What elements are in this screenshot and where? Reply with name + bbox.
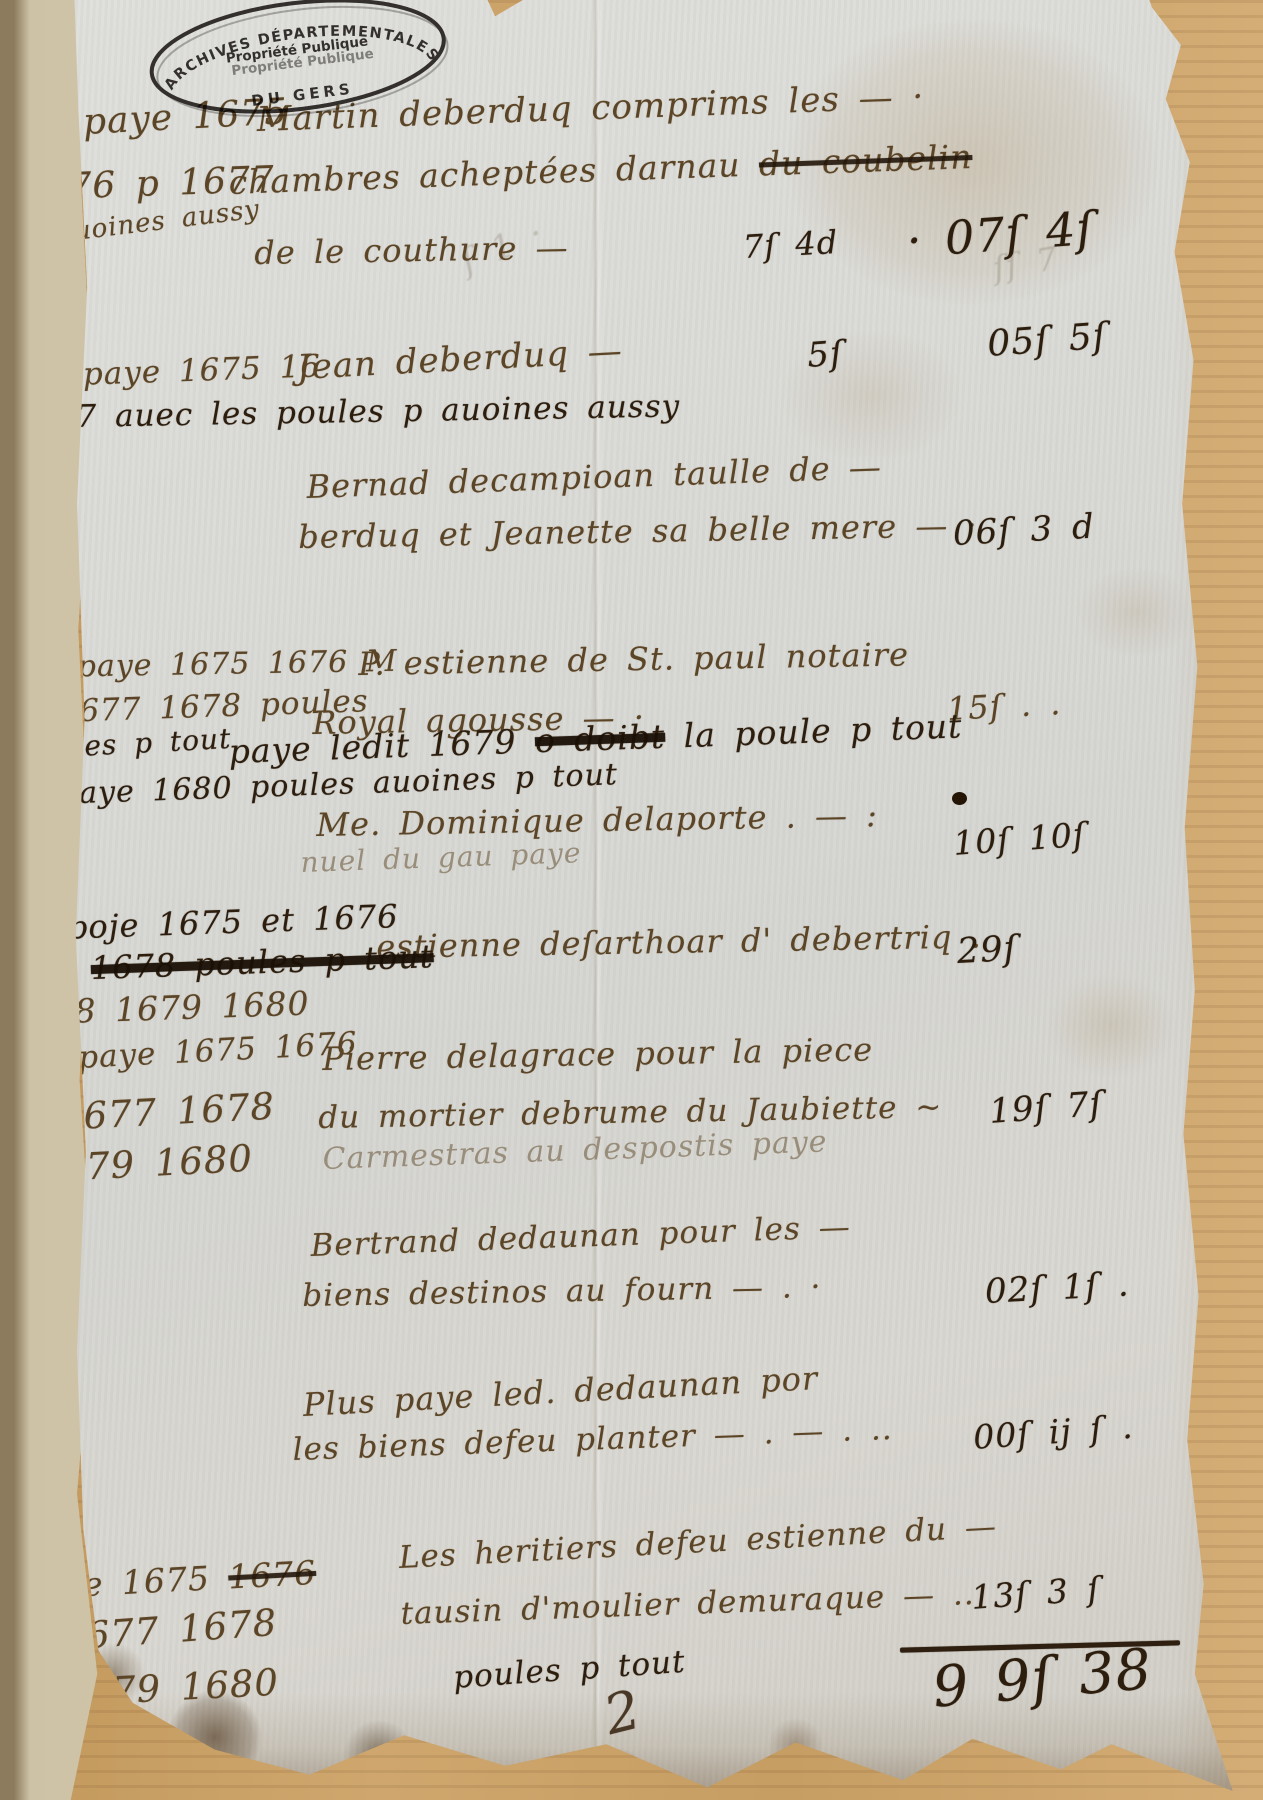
entry-margin-years: 1677 1678 bbox=[58, 1085, 276, 1139]
entry-line: du mortier debrume du Jaubiette ~ bbox=[318, 1089, 943, 1136]
amount-value: · 07ſ 4ſ bbox=[905, 201, 1096, 268]
entry-line: tausin d'moulier demuraque — .. bbox=[400, 1576, 975, 1632]
entry-line: 1677 auec les poules p auoines aussy bbox=[14, 388, 680, 436]
amount-value: 06ſ 3 d bbox=[952, 507, 1096, 554]
manuscript-page: ſ 1 · ſſ 7 paye 1675 Martin deberduq com… bbox=[0, 0, 1263, 1800]
entry-line: chambres acheptées darnau du coubelin bbox=[228, 137, 973, 202]
entry-line: Les heritiers defeu estienne du — bbox=[398, 1509, 998, 1576]
entry-line: de le couthure — bbox=[254, 229, 569, 272]
amount-value: 5ſ bbox=[806, 333, 845, 375]
manuscript-photo: ſ 1 · ſſ 7 paye 1675 Martin deberduq com… bbox=[0, 0, 1263, 1800]
amount-value: 13ſ 3 ſ bbox=[970, 1569, 1102, 1617]
amount-value: 19ſ 7ſ bbox=[988, 1084, 1104, 1132]
entry-margin-years: a paye 1675 16 bbox=[45, 348, 322, 394]
entry-margin-years: a paye 1675 1676 M bbox=[40, 644, 398, 685]
entry-line-text: la poule p tout bbox=[664, 706, 962, 755]
entry-line: Bertrand dedaunan pour les — bbox=[310, 1209, 851, 1264]
crossed-out-word: du coubelin bbox=[758, 137, 973, 183]
crossed-out-years: 1678 poules p tout bbox=[90, 937, 434, 987]
entry-margin-years: a paye 1675 1676 bbox=[40, 1025, 358, 1078]
entry-line: Plus paye led. dedaunan por bbox=[302, 1359, 819, 1424]
amount-value: 02ſ 1ſ . bbox=[984, 1264, 1130, 1312]
amount-value: 15ſ . . bbox=[946, 684, 1062, 728]
page-number: 2 bbox=[598, 1677, 648, 1747]
entry-line: Jean deberduq — bbox=[296, 331, 624, 388]
archives-stamp: ARCHIVES DÉPARTEMENTALES Propriété Publi… bbox=[142, 0, 454, 124]
entry-line: biens destinos au fourn — . · bbox=[302, 1269, 822, 1314]
ink-blot bbox=[952, 792, 967, 805]
entry-line: estienne deſarthoar d' debertriq . bbox=[376, 917, 982, 966]
amount-value: 10ſ 10ſ bbox=[952, 815, 1087, 863]
entry-line: P. estienne de St. paul notaire bbox=[358, 635, 909, 683]
amount-value: 00ſ ij ſ . bbox=[972, 1407, 1135, 1457]
crossed-out-word: o doibt bbox=[534, 717, 666, 761]
entry-line: Pierre delagrace pour la piece bbox=[322, 1030, 873, 1078]
entry-line: Bernad decampioan taulle de — bbox=[306, 448, 882, 506]
crossed-out-year: 1676 bbox=[227, 1553, 317, 1597]
entry-line: berduq et Jeanette sa belle mere — · bbox=[298, 506, 978, 556]
entry-line: poules p tout bbox=[452, 1644, 687, 1696]
entry-line: Me. Dominique delaporte . — : bbox=[316, 796, 878, 844]
amount-value: 29ſ bbox=[956, 929, 1019, 972]
entry-line-text: chambres acheptées darnau bbox=[228, 144, 760, 201]
amount-value: 7ſ 4d bbox=[742, 223, 839, 266]
amount-value: 05ſ 5ſ bbox=[986, 316, 1108, 365]
stamp-bottom-text: DU GERS bbox=[250, 80, 354, 110]
